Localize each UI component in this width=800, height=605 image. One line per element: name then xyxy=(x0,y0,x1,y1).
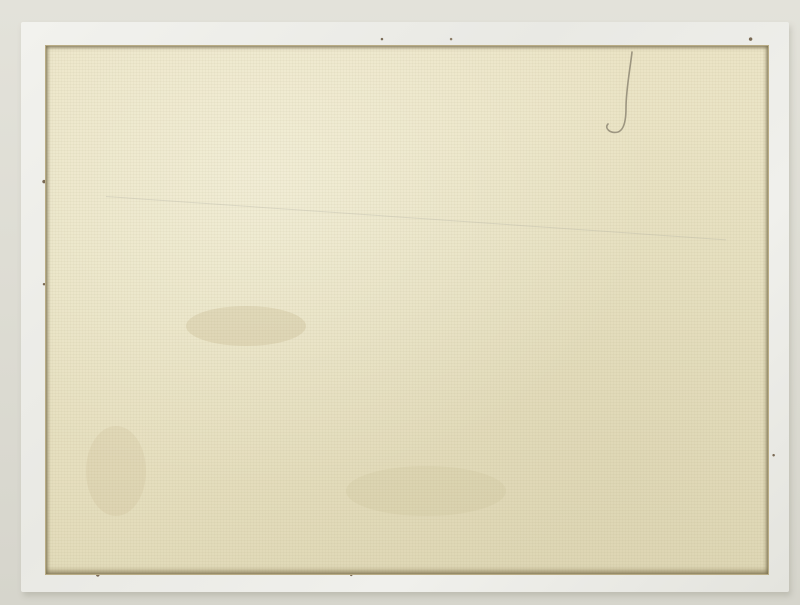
canvas-back xyxy=(45,45,769,575)
canvas-stain xyxy=(346,466,506,516)
photo-scene: Back of a stretched canvas painting on w… xyxy=(0,0,800,605)
canvas-stain xyxy=(186,306,306,346)
linen-weave-texture xyxy=(46,46,768,574)
canvas-stain xyxy=(86,426,146,516)
canvas-crease xyxy=(106,196,726,300)
